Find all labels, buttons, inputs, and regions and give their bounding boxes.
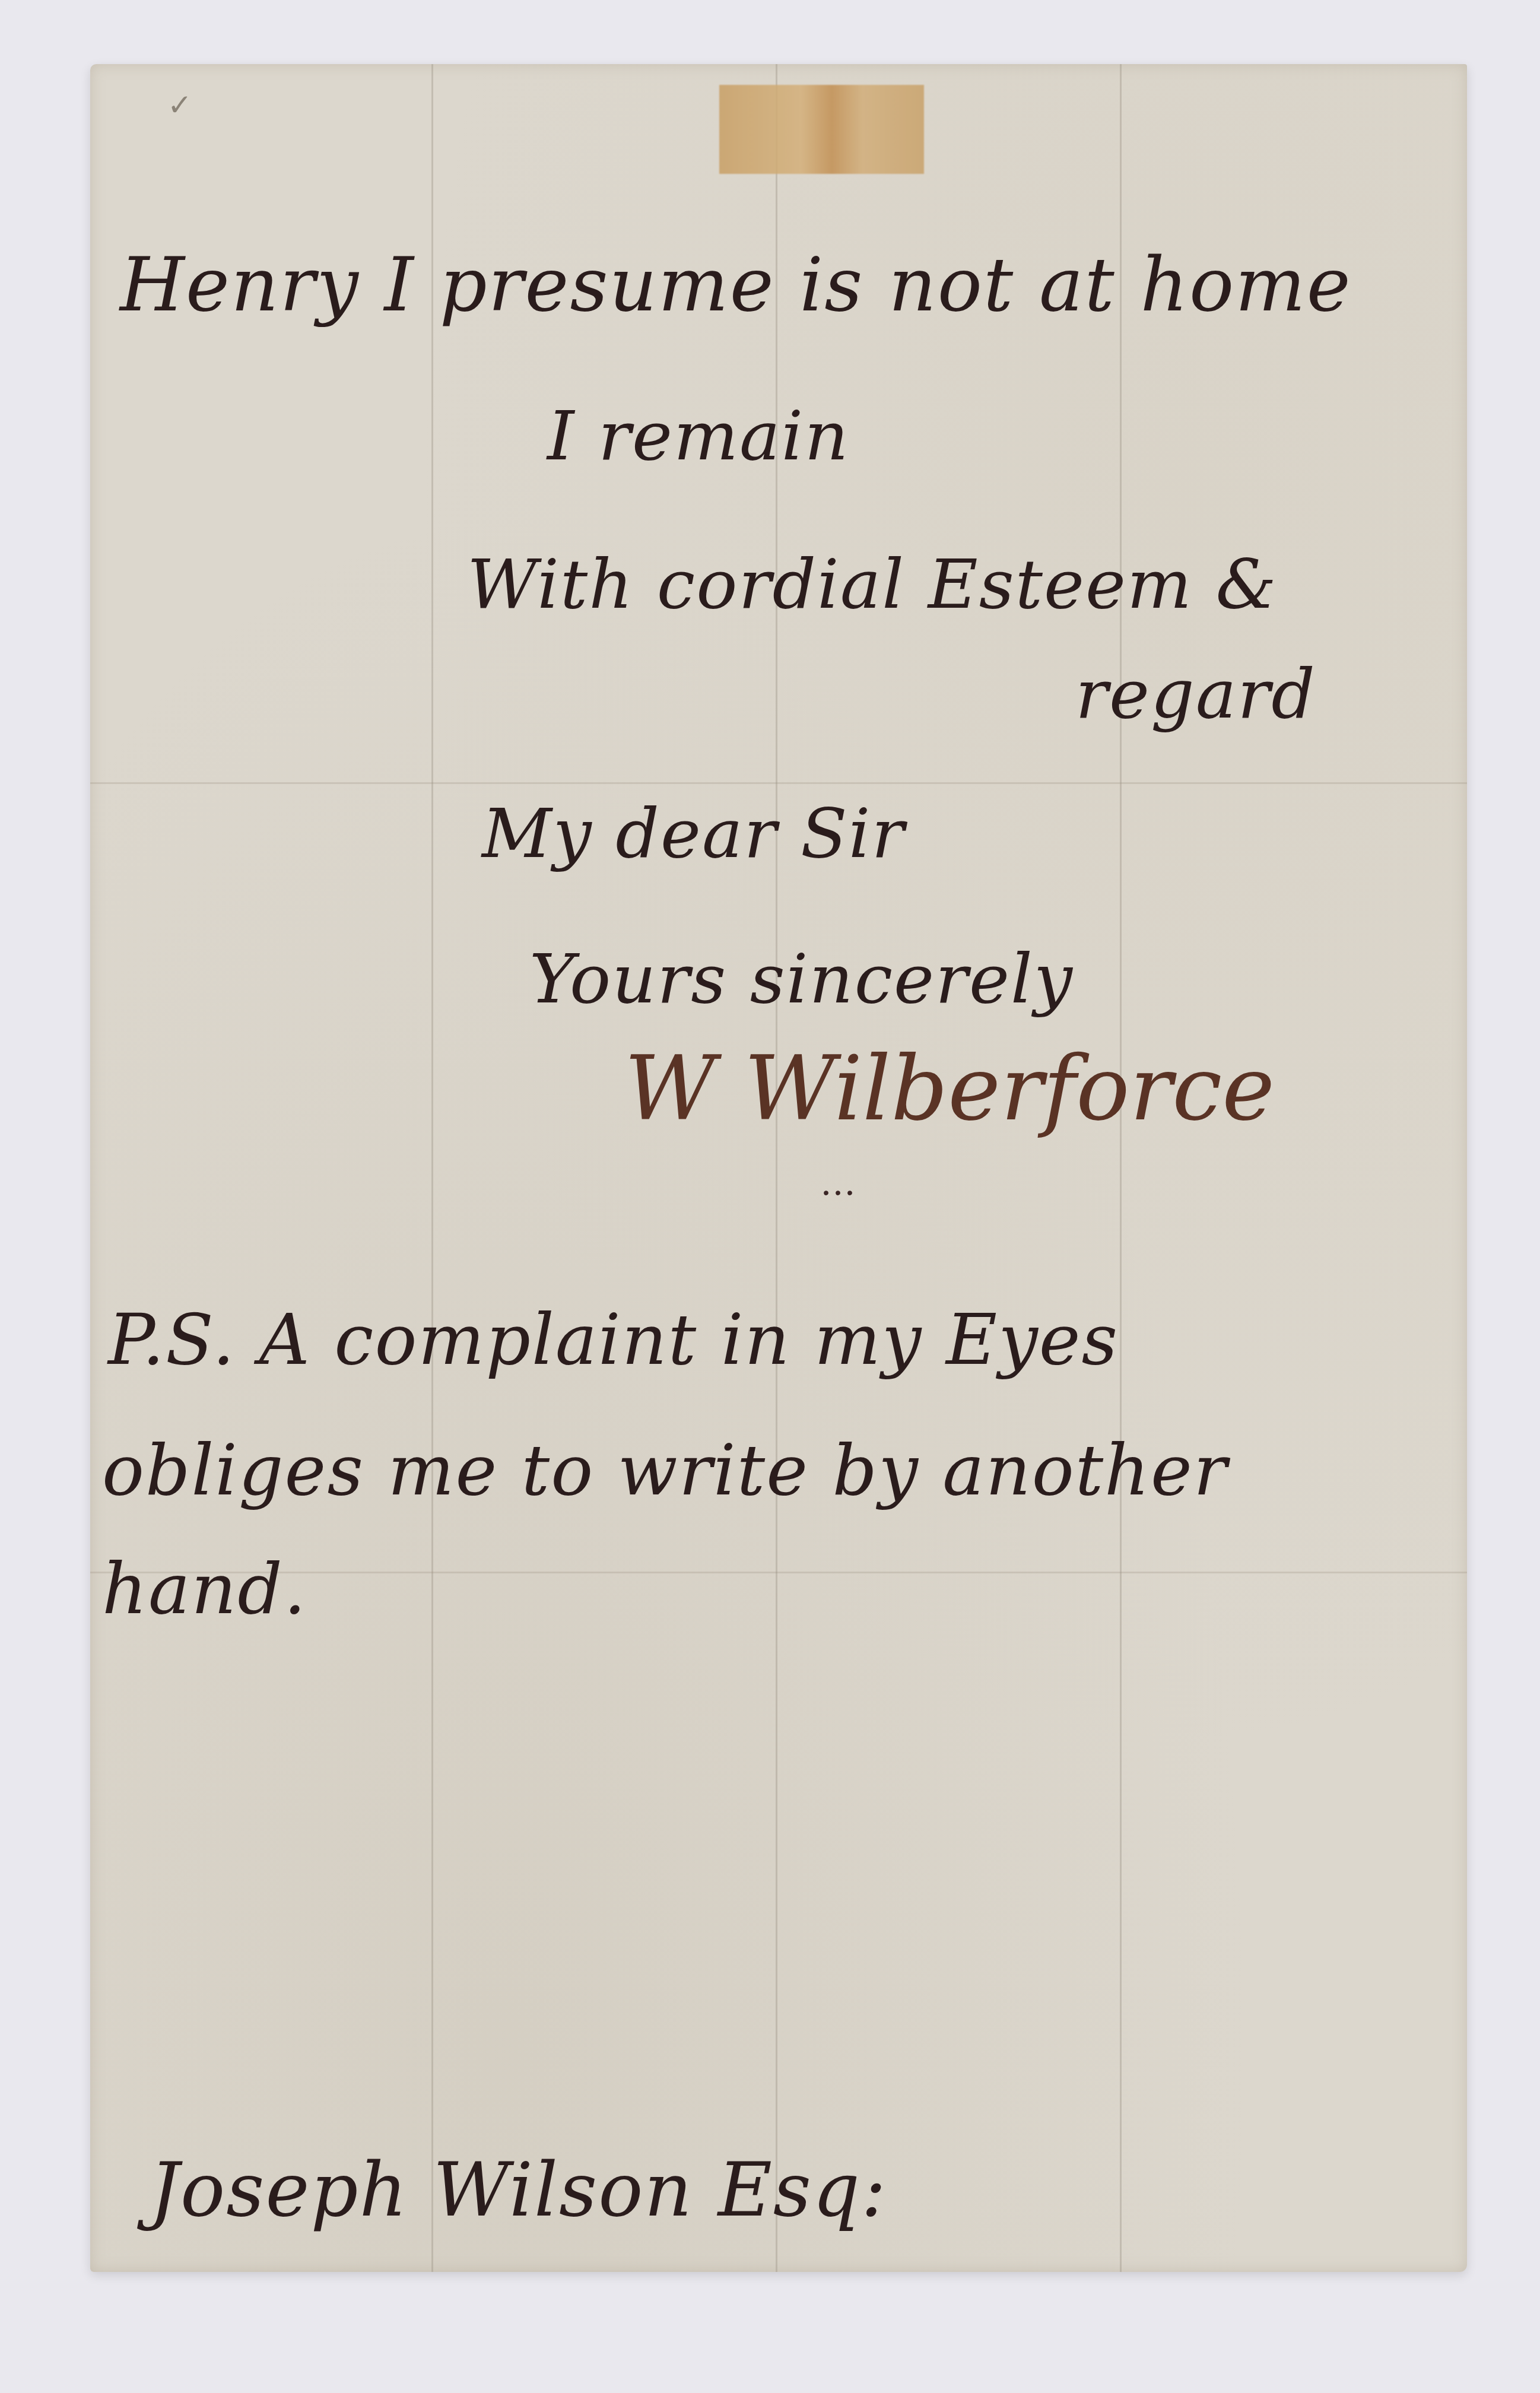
closing-regard: regard: [1075, 655, 1316, 734]
postscript-line-2: obliges me to write by another: [102, 1429, 1228, 1511]
fold-crease-vertical: [1120, 64, 1122, 2272]
addressee: Joseph Wilson Esq:: [150, 2147, 887, 2233]
closing-i-remain: I remain: [547, 396, 849, 476]
signature: W Wilberforce: [624, 1037, 1275, 1141]
closing-esteem: With cordial Esteem &: [467, 545, 1278, 624]
fold-crease-horizontal: [90, 782, 1467, 784]
letter-sheet: ✓ Henry I presume is not at home I remai…: [90, 64, 1467, 2272]
fold-crease-vertical: [776, 64, 777, 2272]
valediction: Yours sincerely: [529, 940, 1074, 1019]
ink-blot: …: [820, 1162, 856, 1204]
letter-line-henry: Henry I presume is not at home: [120, 242, 1352, 328]
salutation: My dear Sir: [482, 794, 906, 874]
fold-crease-vertical: [431, 64, 433, 2272]
wax-seal-stain: [719, 85, 924, 174]
postscript-line-3: hand.: [102, 1548, 307, 1630]
pencil-tick-icon: ✓: [167, 88, 192, 122]
postscript-line-1: P.S. A complaint in my Eyes: [108, 1299, 1119, 1380]
